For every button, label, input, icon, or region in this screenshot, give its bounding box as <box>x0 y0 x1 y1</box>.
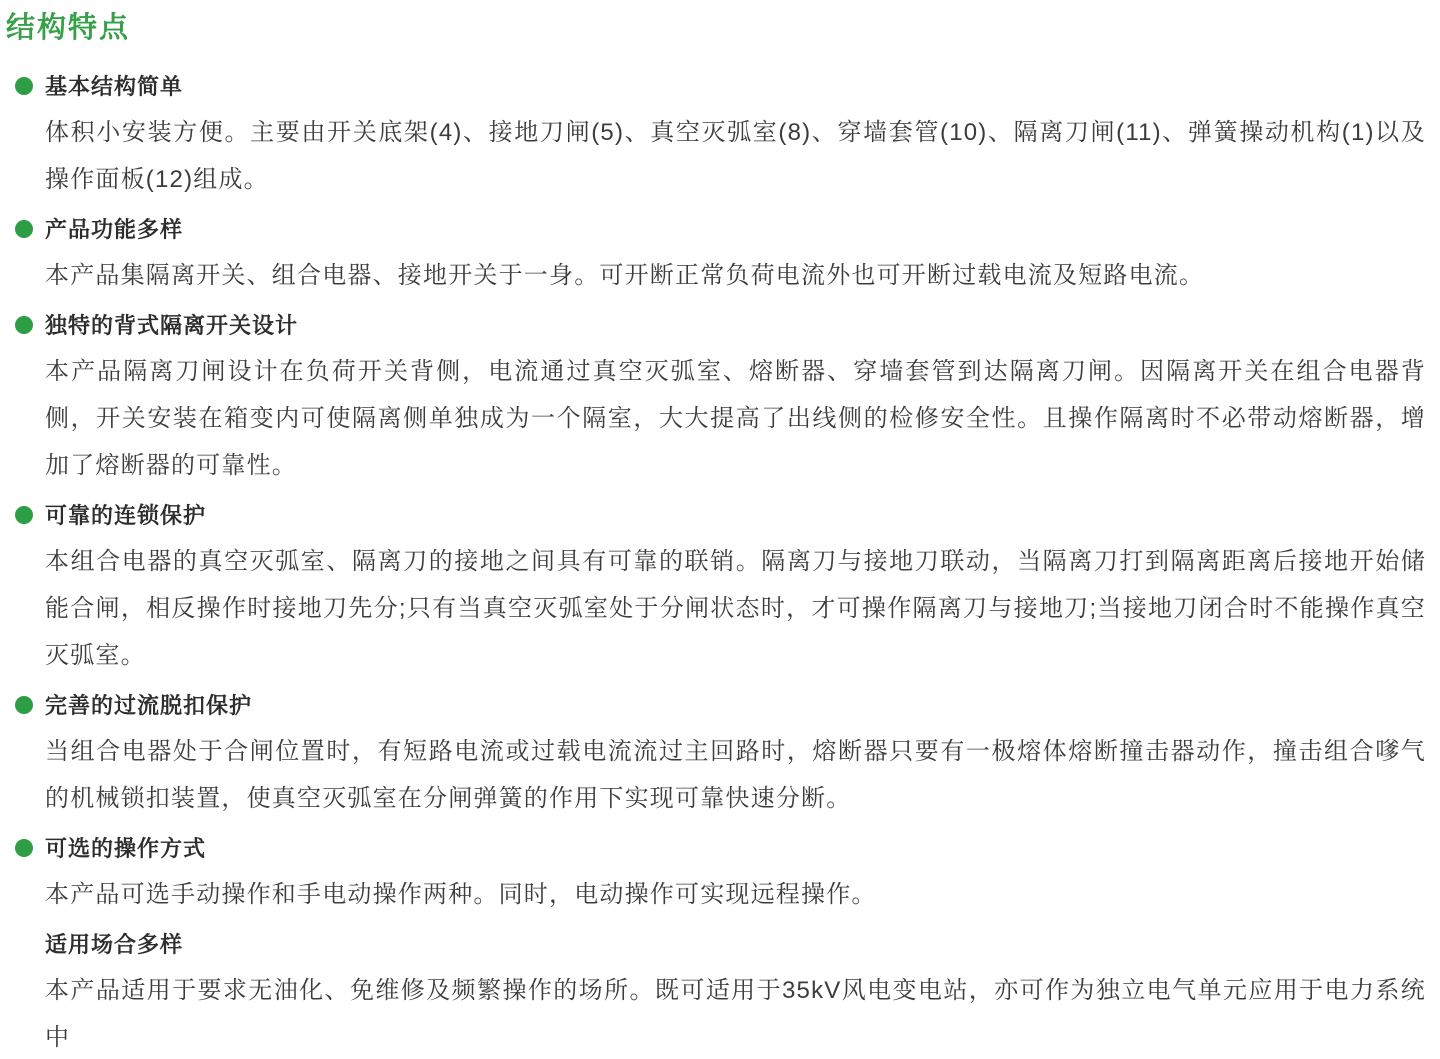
feature-section: 完善的过流脱扣保护 当组合电器处于合闸位置时，有短路电流或过载电流流过主回路时，… <box>6 681 1434 822</box>
feature-section: 适用场合多样 本产品适用于要求无油化、免维修及频繁操作的场所。既可适用于35kV… <box>6 920 1434 1059</box>
section-body: 本产品可选手动操作和手电动操作两种。同时，电动操作可实现远程操作。 <box>45 871 1426 918</box>
section-head: 适用场合多样 <box>6 920 1434 967</box>
section-heading: 基本结构简单 <box>45 70 183 101</box>
feature-section: 产品功能多样 本产品集隔离开关、组合电器、接地开关于一身。可开断正常负荷电流外也… <box>6 205 1434 299</box>
section-body: 本组合电器的真空灭弧室、隔离刀的接地之间具有可靠的联销。隔离刀与接地刀联动，当隔… <box>45 538 1426 679</box>
section-body: 体积小安装方便。主要由开关底架(4)、接地刀闸(5)、真空灭弧室(8)、穿墙套管… <box>45 109 1426 203</box>
document-page: 结构特点 基本结构简单 体积小安装方便。主要由开关底架(4)、接地刀闸(5)、真… <box>0 0 1440 1059</box>
feature-section: 可选的操作方式 本产品可选手动操作和手电动操作两种。同时，电动操作可实现远程操作… <box>6 824 1434 918</box>
section-body: 当组合电器处于合闸位置时，有短路电流或过载电流流过主回路时，熔断器只要有一极熔体… <box>45 728 1426 822</box>
bullet-icon <box>15 316 33 334</box>
bullet-icon <box>15 77 33 95</box>
section-heading: 完善的过流脱扣保护 <box>45 689 252 720</box>
section-head: 独特的背式隔离开关设计 <box>6 301 1434 348</box>
section-body: 本产品集隔离开关、组合电器、接地开关于一身。可开断正常负荷电流外也可开断过载电流… <box>45 252 1426 299</box>
bullet-icon <box>15 696 33 714</box>
feature-section: 基本结构简单 体积小安装方便。主要由开关底架(4)、接地刀闸(5)、真空灭弧室(… <box>6 62 1434 203</box>
section-body: 本产品适用于要求无油化、免维修及频繁操作的场所。既可适用于35kV风电变电站，亦… <box>45 967 1426 1059</box>
section-heading: 可靠的连锁保护 <box>45 499 206 530</box>
feature-section: 独特的背式隔离开关设计 本产品隔离刀闸设计在负荷开关背侧，电流通过真空灭弧室、熔… <box>6 301 1434 489</box>
section-head: 产品功能多样 <box>6 205 1434 252</box>
sections: 基本结构简单 体积小安装方便。主要由开关底架(4)、接地刀闸(5)、真空灭弧室(… <box>6 62 1434 1059</box>
section-head: 基本结构简单 <box>6 62 1434 109</box>
section-head: 可选的操作方式 <box>6 824 1434 871</box>
bullet-icon <box>15 839 33 857</box>
section-head: 完善的过流脱扣保护 <box>6 681 1434 728</box>
section-heading: 适用场合多样 <box>45 928 183 959</box>
bullet-icon <box>15 506 33 524</box>
section-body: 本产品隔离刀闸设计在负荷开关背侧，电流通过真空灭弧室、熔断器、穿墙套管到达隔离刀… <box>45 348 1426 489</box>
section-head: 可靠的连锁保护 <box>6 491 1434 538</box>
feature-section: 可靠的连锁保护 本组合电器的真空灭弧室、隔离刀的接地之间具有可靠的联销。隔离刀与… <box>6 491 1434 679</box>
section-heading: 产品功能多样 <box>45 213 183 244</box>
section-heading: 独特的背式隔离开关设计 <box>45 309 298 340</box>
section-heading: 可选的操作方式 <box>45 832 206 863</box>
bullet-icon <box>15 220 33 238</box>
page-title: 结构特点 <box>6 8 1434 48</box>
